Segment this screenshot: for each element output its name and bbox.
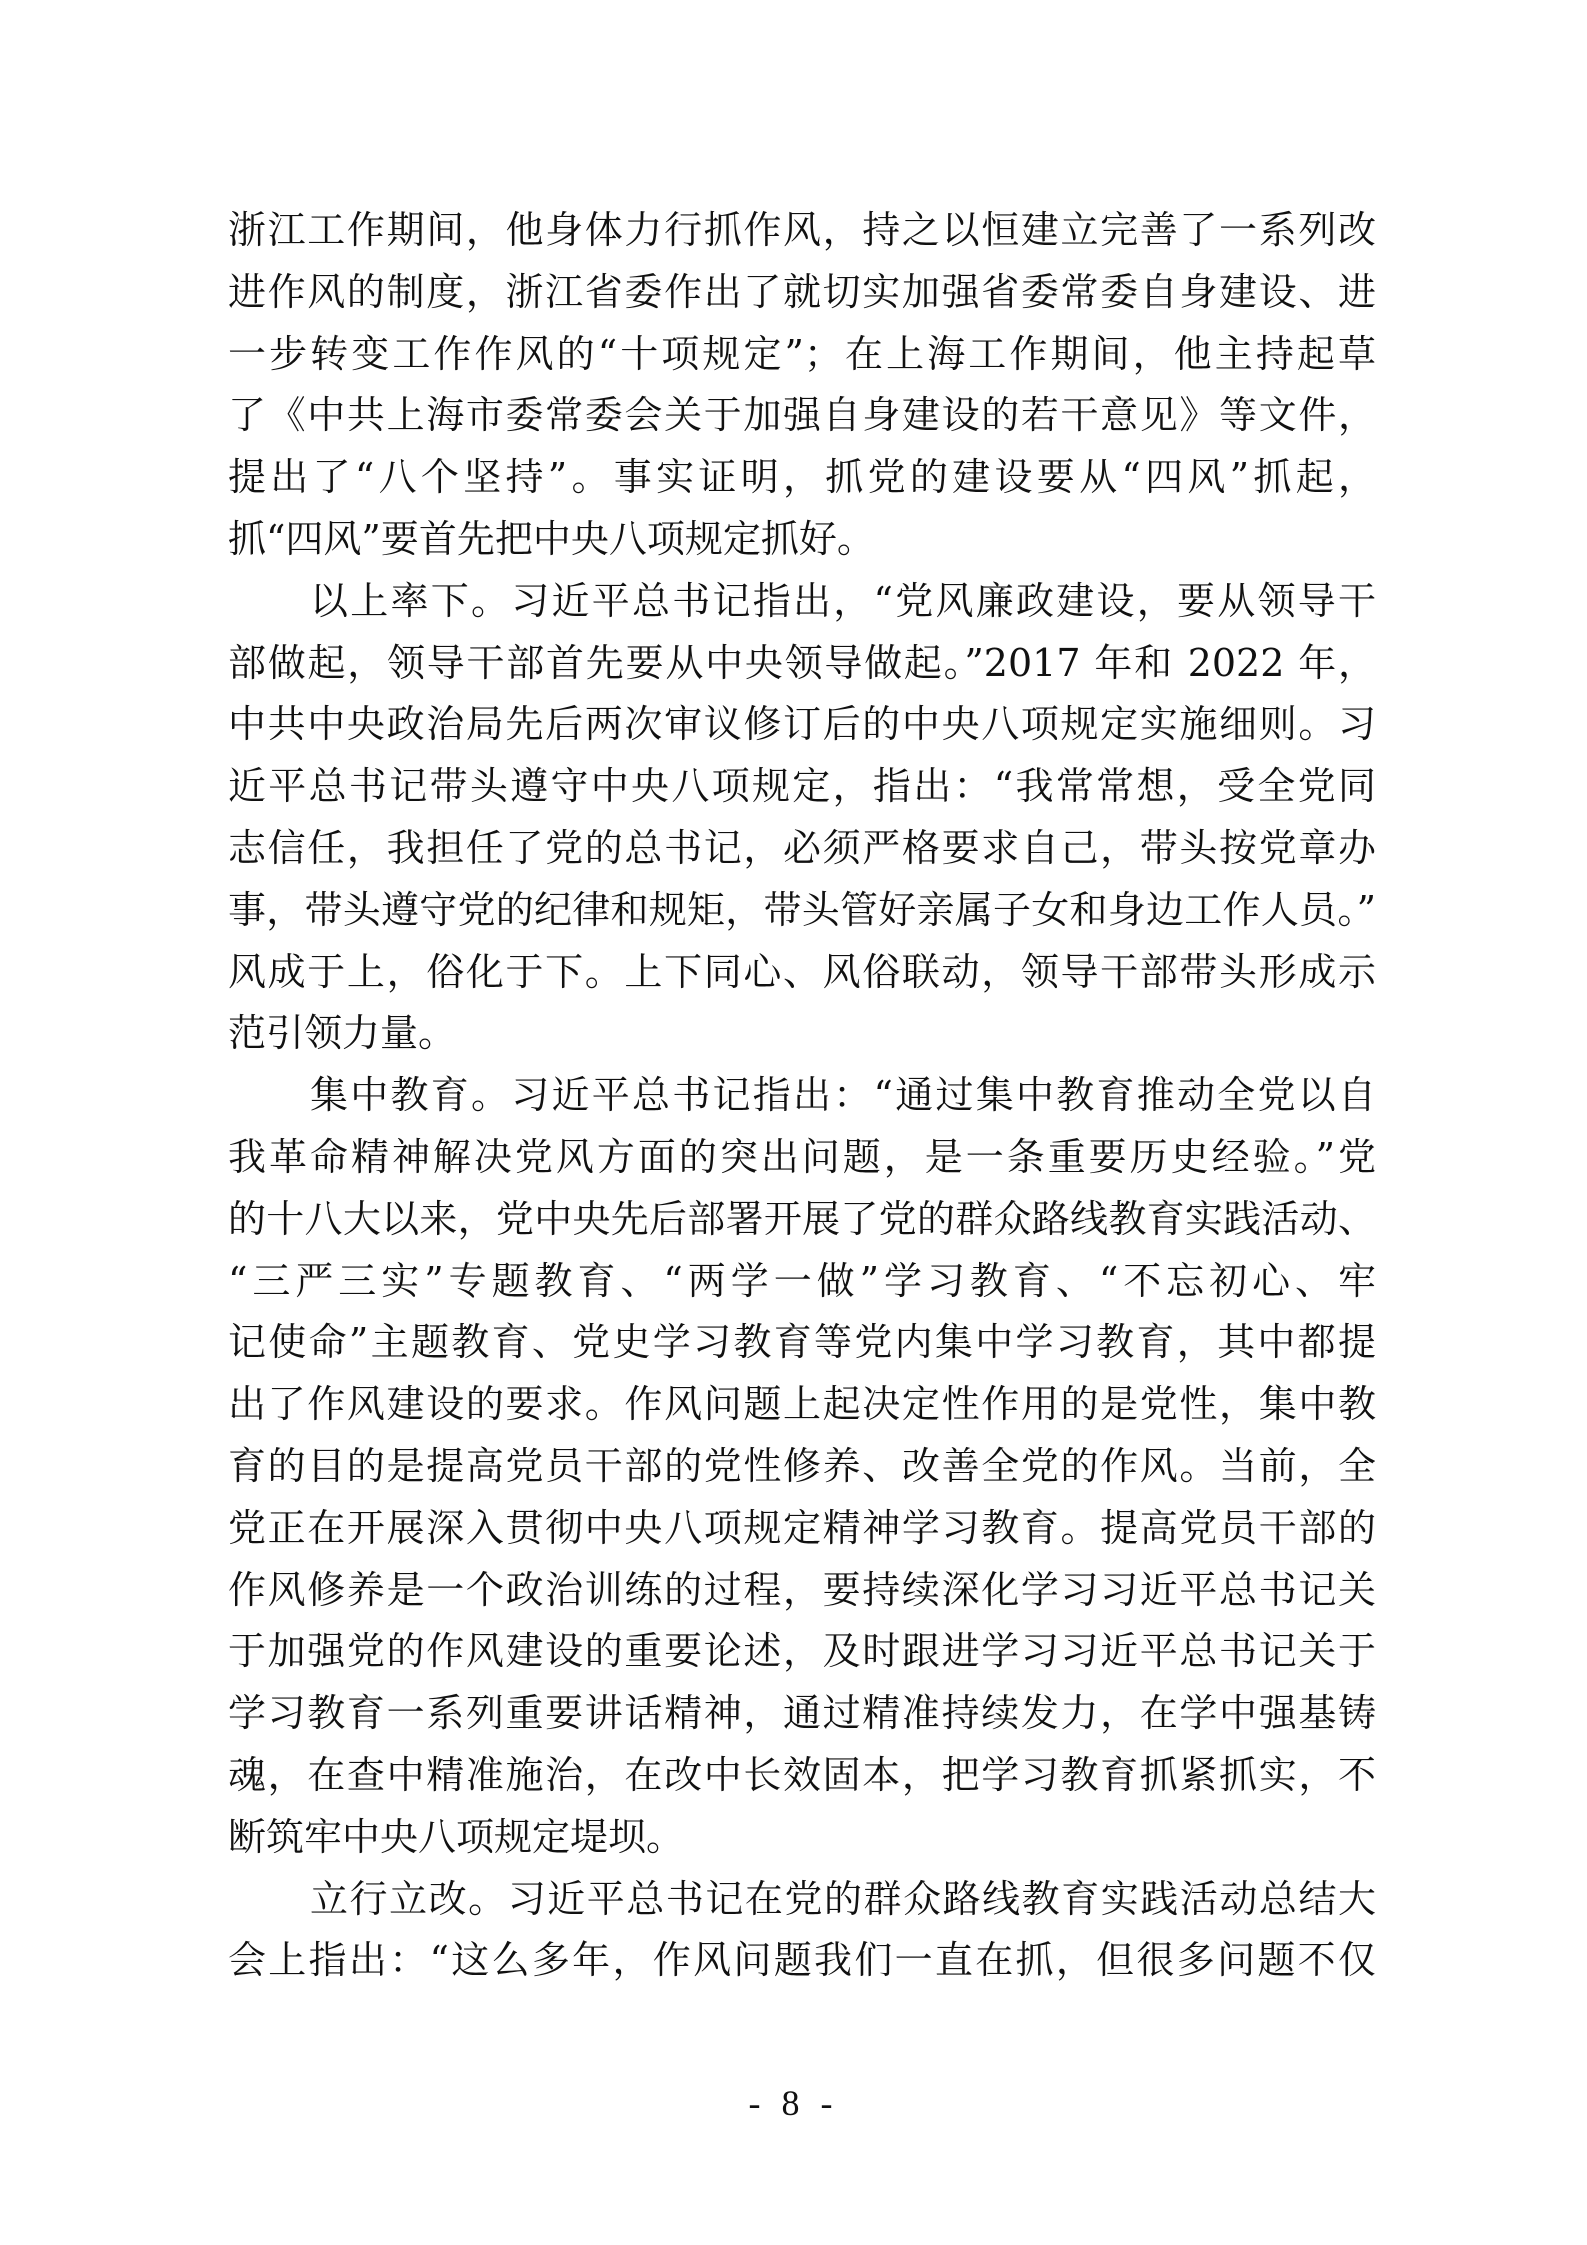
text-line: 记使命”主题教育、党史学习教育等党内集中学习教育，其中都提 xyxy=(228,1312,1376,1374)
text-line: 我革命精神解决党风方面的突出问题，是一条重要历史经验。”党 xyxy=(228,1127,1376,1189)
text-line: 的十八大以来，党中央先后部署开展了党的群众路线教育实践活动、 xyxy=(228,1189,1376,1251)
text-line: 范引领力量。 xyxy=(228,1003,1376,1065)
paragraph: 集中教育。习近平总书记指出：“通过集中教育推动全党以自我革命精神解决党风方面的突… xyxy=(228,1065,1376,1868)
text-line: 近平总书记带头遵守中央八项规定，指出：“我常常想，受全党同 xyxy=(228,756,1376,818)
text-line: 育的目的是提高党员干部的党性修养、改善全党的作风。当前，全 xyxy=(228,1436,1376,1498)
paragraph: 以上率下。习近平总书记指出，“党风廉政建设，要从领导干部做起，领导干部首先要从中… xyxy=(228,571,1376,1065)
text-line: 一步转变工作作风的“十项规定”；在上海工作期间，他主持起草 xyxy=(228,324,1376,386)
text-line: 出了作风建设的要求。作风问题上起决定性作用的是党性，集中教 xyxy=(228,1374,1376,1436)
text-line: 作风修养是一个政治训练的过程，要持续深化学习习近平总书记关 xyxy=(228,1560,1376,1622)
text-line: 断筑牢中央八项规定堤坝。 xyxy=(228,1807,1376,1869)
text-line: 了《中共上海市委常委会关于加强自身建设的若干意见》等文件， xyxy=(228,385,1376,447)
paragraph: 浙江工作期间，他身体力行抓作风，持之以恒建立完善了一系列改进作风的制度，浙江省委… xyxy=(228,200,1376,571)
text-line: 提出了“八个坚持”。事实证明，抓党的建设要从“四风”抓起， xyxy=(228,447,1376,509)
text-line: 志信任，我担任了党的总书记，必须严格要求自己，带头按党章办 xyxy=(228,818,1376,880)
text-line: 事，带头遵守党的纪律和规矩，带头管好亲属子女和身边工作人员。” xyxy=(228,880,1376,942)
text-line: 立行立改。习近平总书记在党的群众路线教育实践活动总结大 xyxy=(228,1869,1376,1931)
text-line: 中共中央政治局先后两次审议修订后的中央八项规定实施细则。习 xyxy=(228,694,1376,756)
text-line: “三严三实”专题教育、“两学一做”学习教育、“不忘初心、牢 xyxy=(228,1251,1376,1313)
text-line: 魂，在查中精准施治，在改中长效固本，把学习教育抓紧抓实，不 xyxy=(228,1745,1376,1807)
text-line: 风成于上，俗化于下。上下同心、风俗联动，领导干部带头形成示 xyxy=(228,942,1376,1004)
text-line: 会上指出：“这么多年，作风问题我们一直在抓，但很多问题不仅 xyxy=(228,1930,1376,1992)
paragraph: 立行立改。习近平总书记在党的群众路线教育实践活动总结大会上指出：“这么多年，作风… xyxy=(228,1869,1376,1993)
text-line: 党正在开展深入贯彻中央八项规定精神学习教育。提高党员干部的 xyxy=(228,1498,1376,1560)
text-line: 学习教育一系列重要讲话精神，通过精准持续发力，在学中强基铸 xyxy=(228,1683,1376,1745)
text-line: 浙江工作期间，他身体力行抓作风，持之以恒建立完善了一系列改 xyxy=(228,200,1376,262)
text-line: 以上率下。习近平总书记指出，“党风廉政建设，要从领导干 xyxy=(228,571,1376,633)
body-text: 浙江工作期间，他身体力行抓作风，持之以恒建立完善了一系列改进作风的制度，浙江省委… xyxy=(228,200,1376,1992)
page-number: - 8 - xyxy=(0,2082,1587,2124)
document-page: 浙江工作期间，他身体力行抓作风，持之以恒建立完善了一系列改进作风的制度，浙江省委… xyxy=(0,0,1587,2245)
text-line: 部做起，领导干部首先要从中央领导做起。”2017 年和 2022 年， xyxy=(228,633,1376,695)
text-line: 抓“四风”要首先把中央八项规定抓好。 xyxy=(228,509,1376,571)
text-line: 于加强党的作风建设的重要论述，及时跟进学习习近平总书记关于 xyxy=(228,1621,1376,1683)
text-line: 集中教育。习近平总书记指出：“通过集中教育推动全党以自 xyxy=(228,1065,1376,1127)
text-line: 进作风的制度，浙江省委作出了就切实加强省委常委自身建设、进 xyxy=(228,262,1376,324)
